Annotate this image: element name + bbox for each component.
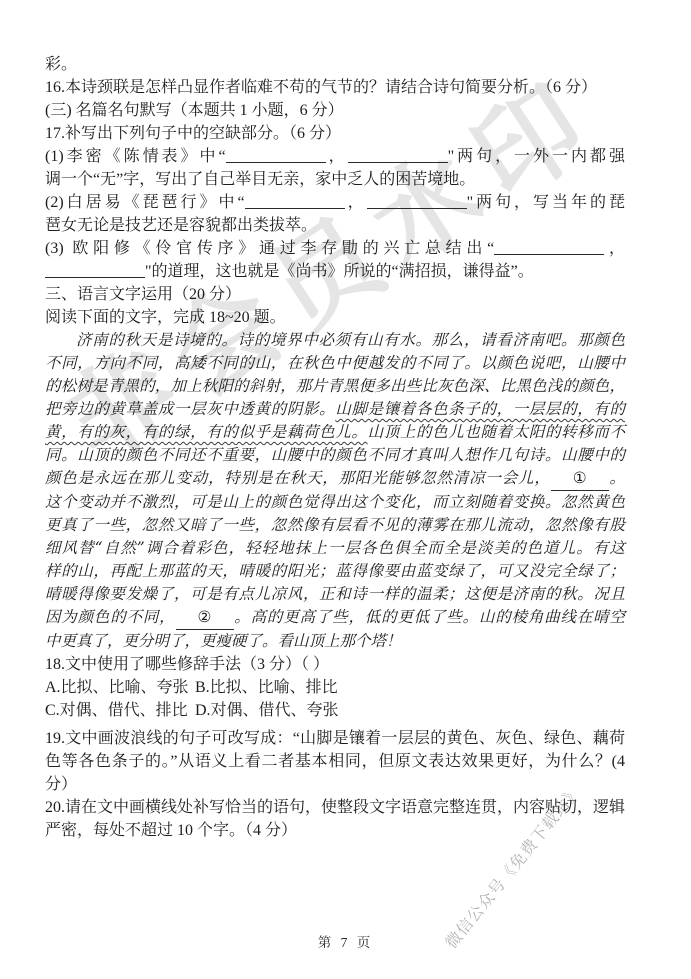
passage-line: 同。山顶的颜色不同还不重要，山腰中的颜色不同才真叫人想作几句诗。山腰中的 [45, 444, 625, 467]
section-heading-yuyan: 三、语言文字运用（20 分） [45, 283, 625, 306]
section-heading-mingju: (三) 名篇名句默写（本题共 1 小题，6 分） [45, 99, 625, 122]
passage-text: 山顶上的色儿也随着太阳的转移而不 [368, 423, 625, 441]
wavy-underlined-text: 山脚是镶着各色条子的，一层层的，有的 [335, 400, 625, 418]
question-17-stem: 17.补写出下列句子中的空缺部分。（6 分） [45, 122, 625, 145]
option-a: A.比拟、比喻、夸张 [45, 676, 195, 699]
wavy-underlined-text: 黄，有的灰，有的绿，有的似乎是藕荷色儿。 [45, 423, 368, 441]
exam-page: 非会员水印 微信公众号《免费下载站》 彩。 16.本诗颈联是怎样凸显作者临难不苟… [0, 0, 691, 979]
numbered-blank-2: ② [176, 606, 234, 630]
page-content: 彩。 16.本诗颈联是怎样凸显作者临难不苟的气节的？请结合诗句简要分析。（6 分… [45, 53, 625, 842]
q17-item-2-line-1: (2)白居易《琵琶行》中“，"两句，写当年的琵 [45, 191, 625, 214]
q17-item-2-pre: (2)白居易《琵琶行》中“ [45, 194, 245, 211]
passage-text: 。 [609, 469, 625, 487]
passage-line: 更真了一些，忽然又暗了一些，忽然像有层看不见的薄雾在那儿流动，忽然像有股 [45, 514, 625, 537]
q17-item-1-pre: (1)李密《陈情表》中“ [45, 148, 226, 165]
q17-item-3-post: "的道理，这也就是《尚书》所说的“满招损，谦得益”。 [145, 263, 534, 280]
answer-blank [226, 148, 326, 163]
option-b: B.比拟、比喻、排比 [195, 679, 338, 696]
reading-passage: 济南的秋天是诗境的。诗的境界中必须有山有水。那么，请看济南吧。那颜色 不同，方向… [45, 329, 625, 653]
question-16: 16.本诗颈联是怎样凸显作者临难不苟的气节的？请结合诗句简要分析。（6 分） [45, 76, 625, 99]
passage-text: 。高的更高了些，低的更低了些。山的棱角曲线在晴空 [234, 608, 625, 626]
reading-instruction: 阅读下面的文字，完成 18~20 题。 [45, 306, 625, 329]
answer-blank [245, 194, 345, 209]
q17-item-1-post: "两句，一外一内都强 [448, 148, 625, 165]
q17-item-1-line-2: 调一个“无”字，写出了自己举目无亲，家中乏人的困苦境地。 [45, 168, 625, 191]
passage-text: 因为颜色的不同， [45, 608, 176, 626]
passage-line: 济南的秋天是诗境的。诗的境界中必须有山有水。那么，请看济南吧。那颜色 [45, 329, 625, 352]
passage-line: 颜色是永远在那儿变动，特别是在秋天，那阳光能够忽然清凉一会儿，①。 [45, 467, 625, 491]
q18-options-row-1: A.比拟、比喻、夸张B.比拟、比喻、排比 [45, 676, 625, 699]
passage-line: 不同，方向不同，高矮不同的山，在秋色中便越发的不同了。以颜色说吧，山腰中 [45, 352, 625, 375]
comma: ， [345, 194, 367, 211]
q17-item-2-line-2: 琶女无论是技艺还是容貌都出类拔萃。 [45, 214, 625, 237]
passage-line: 因为颜色的不同，②。高的更高了些，低的更低了些。山的棱角曲线在晴空 [45, 606, 625, 630]
q17-item-3-line-1: (3) 欧阳修《伶官传序》通过李存勖的兴亡总结出“， [45, 237, 625, 260]
option-d: D.对偶、借代、夸张 [195, 702, 339, 719]
passage-line: 把旁边的黄草盖成一层灰中透黄的阴影。山脚是镶着各色条子的，一层层的，有的 [45, 398, 625, 421]
q17-item-3-line-2: "的道理，这也就是《尚书》所说的“满招损，谦得益”。 [45, 260, 625, 283]
passage-line: 中更真了，更分明了，更瘦硬了。看山顶上那个塔！ [45, 630, 625, 653]
answer-blank [494, 240, 604, 255]
option-c: C.对偶、借代、排比 [45, 699, 195, 722]
passage-text: 把旁边的黄草盖成一层灰中透黄的阴影。 [45, 400, 335, 418]
passage-line: 这个变动并不激烈，可是山上的颜色觉得出这个变化，而立刻随着变换。忽然黄色 [45, 491, 625, 514]
q17-item-2-post: "两句，写当年的琵 [467, 194, 625, 211]
passage-line: 样的山，再配上那蓝的天，晴暖的阳光；蓝得像要由蓝变绿了，可又没完全绿了； [45, 560, 625, 583]
passage-text: 颜色是永远在那儿变动，特别是在秋天，那阳光能够忽然清凉一会儿， [45, 469, 551, 487]
comma: ， [604, 240, 625, 257]
passage-line: 晴暖得像要发燥了，可是有点儿凉风，正和诗一样的温柔；这便是济南的秋。况且 [45, 583, 625, 606]
passage-line: 的松树是青黑的，加上秋阳的斜射，那片青黑便多出些比灰色深、比黑色浅的颜色， [45, 375, 625, 398]
answer-blank [348, 148, 448, 163]
numbered-blank-1: ① [551, 467, 609, 491]
passage-line: 细风替“自然”调合着彩色，轻轻地抹上一层各色俱全而全是淡美的色道儿。有这 [45, 537, 625, 560]
q17-item-1-line-1: (1)李密《陈情表》中“，"两句，一外一内都强 [45, 145, 625, 168]
question-18-stem: 18.文中使用了哪些修辞手法（3 分）（ ） [45, 653, 625, 676]
q17-item-3-pre: (3) 欧阳修《伶官传序》通过李存勖的兴亡总结出“ [45, 240, 494, 257]
q18-options-row-2: C.对偶、借代、排比D.对偶、借代、夸张 [45, 699, 625, 722]
question-20: 20.请在文中画横线处补写恰当的语句，使整段文字语意完整连贯，内容贴切，逻辑严密… [45, 796, 625, 842]
answer-blank [45, 263, 145, 278]
comma: ， [326, 148, 348, 165]
page-number: 第 7 页 [0, 931, 691, 951]
question-19: 19.文中画波浪线的句子可改写成：“山脚是镶着一层层的黄色、灰色、绿色、藕荷色等… [45, 727, 625, 796]
paragraph-tail: 彩。 [45, 53, 625, 76]
answer-blank [367, 194, 467, 209]
passage-line: 黄，有的灰，有的绿，有的似乎是藕荷色儿。山顶上的色儿也随着太阳的转移而不 [45, 421, 625, 444]
